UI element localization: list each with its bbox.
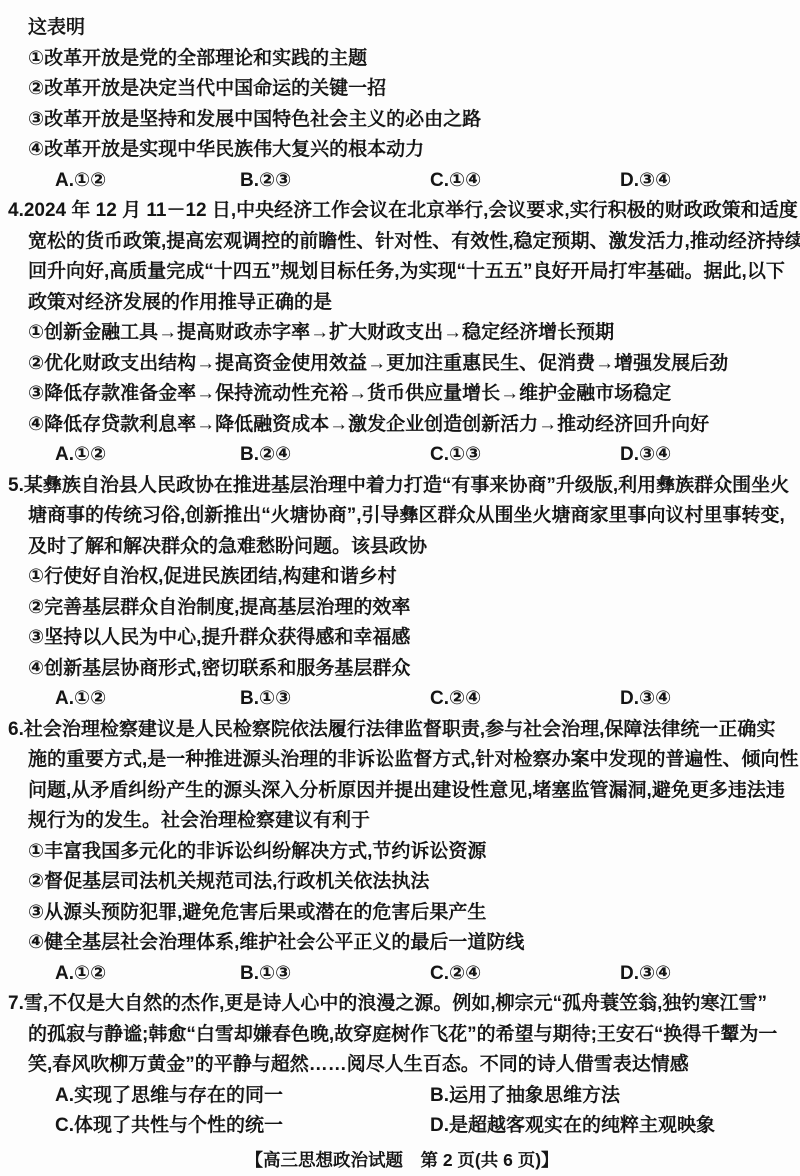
question-stem-line: 的孤寂与静谧;韩愈“白雪却嫌春色晚,故穿庭树作飞花”的希望与期待;王安石“换得千… xyxy=(8,1020,796,1051)
choice-row: A.①② B.①③ C.②④ D.③④ xyxy=(8,959,796,990)
choice-c: C.②④ xyxy=(430,684,620,715)
choice-a: A.①② xyxy=(55,440,240,471)
choice-b: B.①③ xyxy=(240,959,430,990)
choice-c: C.①③ xyxy=(430,440,620,471)
choice-a: A.①② xyxy=(55,684,240,715)
question-stem-line: 规行为的发生。社会治理检察建议有利于 xyxy=(8,806,796,837)
option-item-4: ④创新基层协商形式,密切联系和服务基层群众 xyxy=(8,654,796,685)
question-stem-line: 塘商事的传统习俗,创新推出“火塘协商”,引导彝区群众从围坐火塘商家里事向议村里事… xyxy=(8,501,796,532)
choice-row: A.①② B.①③ C.②④ D.③④ xyxy=(8,684,796,715)
choice-a: A.实现了思维与存在的同一 xyxy=(55,1081,430,1112)
choice-c: C.①④ xyxy=(430,166,620,197)
option-item-1: ①行使好自治权,促进民族团结,构建和谐乡村 xyxy=(8,562,796,593)
question-stem-line: 6.社会治理检察建议是人民检察院依法履行法律监督职责,参与社会治理,保障法律统一… xyxy=(8,715,796,746)
question-7: 7.雪,不仅是大自然的杰作,更是诗人心中的浪漫之源。例如,柳宗元“孤舟蓑笠翁,独… xyxy=(8,989,796,1142)
choice-b: B.②④ xyxy=(240,440,430,471)
question-stem-line: 笑,春风吹柳万黄金”的平静与超然……阅尽人生百态。不同的诗人借雪表达情感 xyxy=(8,1050,796,1081)
question-5: 5.某彝族自治县人民政协在推进基层治理中着力打造“有事来协商”升级版,利用彝族群… xyxy=(8,471,796,715)
choice-row: A.①② B.②③ C.①④ D.③④ xyxy=(8,166,796,197)
choice-d: D.是超越客观实在的纯粹主观映象 xyxy=(430,1111,796,1142)
question-stem-line: 宽松的货币政策,提高宏观调控的前瞻性、针对性、有效性,稳定预期、激发活力,推动经… xyxy=(8,227,796,258)
choice-c: C.②④ xyxy=(430,959,620,990)
question-stem-line: 7.雪,不仅是大自然的杰作,更是诗人心中的浪漫之源。例如,柳宗元“孤舟蓑笠翁,独… xyxy=(8,989,796,1020)
option-item-4: ④改革开放是实现中华民族伟大复兴的根本动力 xyxy=(8,135,796,166)
choice-a: A.①② xyxy=(55,166,240,197)
choice-d: D.③④ xyxy=(620,684,796,715)
choice-d: D.③④ xyxy=(620,166,796,197)
choice-b: B.运用了抽象思维方法 xyxy=(430,1081,796,1112)
choice-row: A.实现了思维与存在的同一 B.运用了抽象思维方法 xyxy=(8,1081,796,1112)
option-item-3: ③坚持以人民为中心,提升群众获得感和幸福感 xyxy=(8,623,796,654)
choice-row: C.体现了共性与个性的统一 D.是超越客观实在的纯粹主观映象 xyxy=(8,1111,796,1142)
question-stem-line: 5.某彝族自治县人民政协在推进基层治理中着力打造“有事来协商”升级版,利用彝族群… xyxy=(8,471,796,502)
question-stem-line: 4.2024 年 12 月 11－12 日,中央经济工作会议在北京举行,会议要求… xyxy=(8,196,796,227)
option-item-2: ②完善基层群众自治制度,提高基层治理的效率 xyxy=(8,593,796,624)
choice-b: B.①③ xyxy=(240,684,430,715)
option-item-2: ②改革开放是决定当代中国命运的关键一招 xyxy=(8,74,796,105)
choice-d: D.③④ xyxy=(620,440,796,471)
option-item-1: ①改革开放是党的全部理论和实践的主题 xyxy=(8,44,796,75)
option-item-3: ③降低存款准备金率→保持流动性充裕→货币供应量增长→维护金融市场稳定 xyxy=(8,379,796,410)
option-item-1: ①创新金融工具→提高财政赤字率→扩大财政支出→稳定经济增长预期 xyxy=(8,318,796,349)
option-item-3: ③从源头预防犯罪,避免危害后果或潜在的危害后果产生 xyxy=(8,898,796,929)
question-stem-line: 问题,从矛盾纠纷产生的源头深入分析原因并提出建设性意见,堵塞监管漏洞,避免更多违… xyxy=(8,776,796,807)
question-lead: 这表明 xyxy=(8,13,796,44)
question-4: 4.2024 年 12 月 11－12 日,中央经济工作会议在北京举行,会议要求… xyxy=(8,196,796,471)
option-item-2: ②优化财政支出结构→提高资金使用效益→更加注重惠民生、促消费→增强发展后劲 xyxy=(8,349,796,380)
question-stem-line: 施的重要方式,是一种推进源头治理的非诉讼监督方式,针对检察办案中发现的普遍性、倾… xyxy=(8,745,796,776)
option-item-4: ④降低存贷款利息率→降低融资成本→激发企业创造创新活力→推动经济回升向好 xyxy=(8,410,796,441)
page-footer: 【高三思想政治试题 第 2 页(共 6 页)】 xyxy=(8,1145,796,1176)
question-stem-line: 政策对经济发展的作用推导正确的是 xyxy=(8,288,796,319)
question-stem-line: 回升向好,高质量完成“十四五”规划目标任务,为实现“十五五”良好开局打牢基础。据… xyxy=(8,257,796,288)
option-item-4: ④健全基层社会治理体系,维护社会公平正义的最后一道防线 xyxy=(8,928,796,959)
option-item-1: ①丰富我国多元化的非诉讼纠纷解决方式,节约诉讼资源 xyxy=(8,837,796,868)
choice-b: B.②③ xyxy=(240,166,430,197)
question-6: 6.社会治理检察建议是人民检察院依法履行法律监督职责,参与社会治理,保障法律统一… xyxy=(8,715,796,990)
option-item-2: ②督促基层司法机关规范司法,行政机关依法执法 xyxy=(8,867,796,898)
choice-a: A.①② xyxy=(55,959,240,990)
exam-page: 这表明 ①改革开放是党的全部理论和实践的主题 ②改革开放是决定当代中国命运的关键… xyxy=(0,0,800,1176)
choice-c: C.体现了共性与个性的统一 xyxy=(55,1111,430,1142)
option-item-3: ③改革开放是坚持和发展中国特色社会主义的必由之路 xyxy=(8,105,796,136)
choice-row: A.①② B.②④ C.①③ D.③④ xyxy=(8,440,796,471)
question-3-continuation: 这表明 ①改革开放是党的全部理论和实践的主题 ②改革开放是决定当代中国命运的关键… xyxy=(8,13,796,196)
choice-d: D.③④ xyxy=(620,959,796,990)
question-stem-line: 及时了解和解决群众的急难愁盼问题。该县政协 xyxy=(8,532,796,563)
